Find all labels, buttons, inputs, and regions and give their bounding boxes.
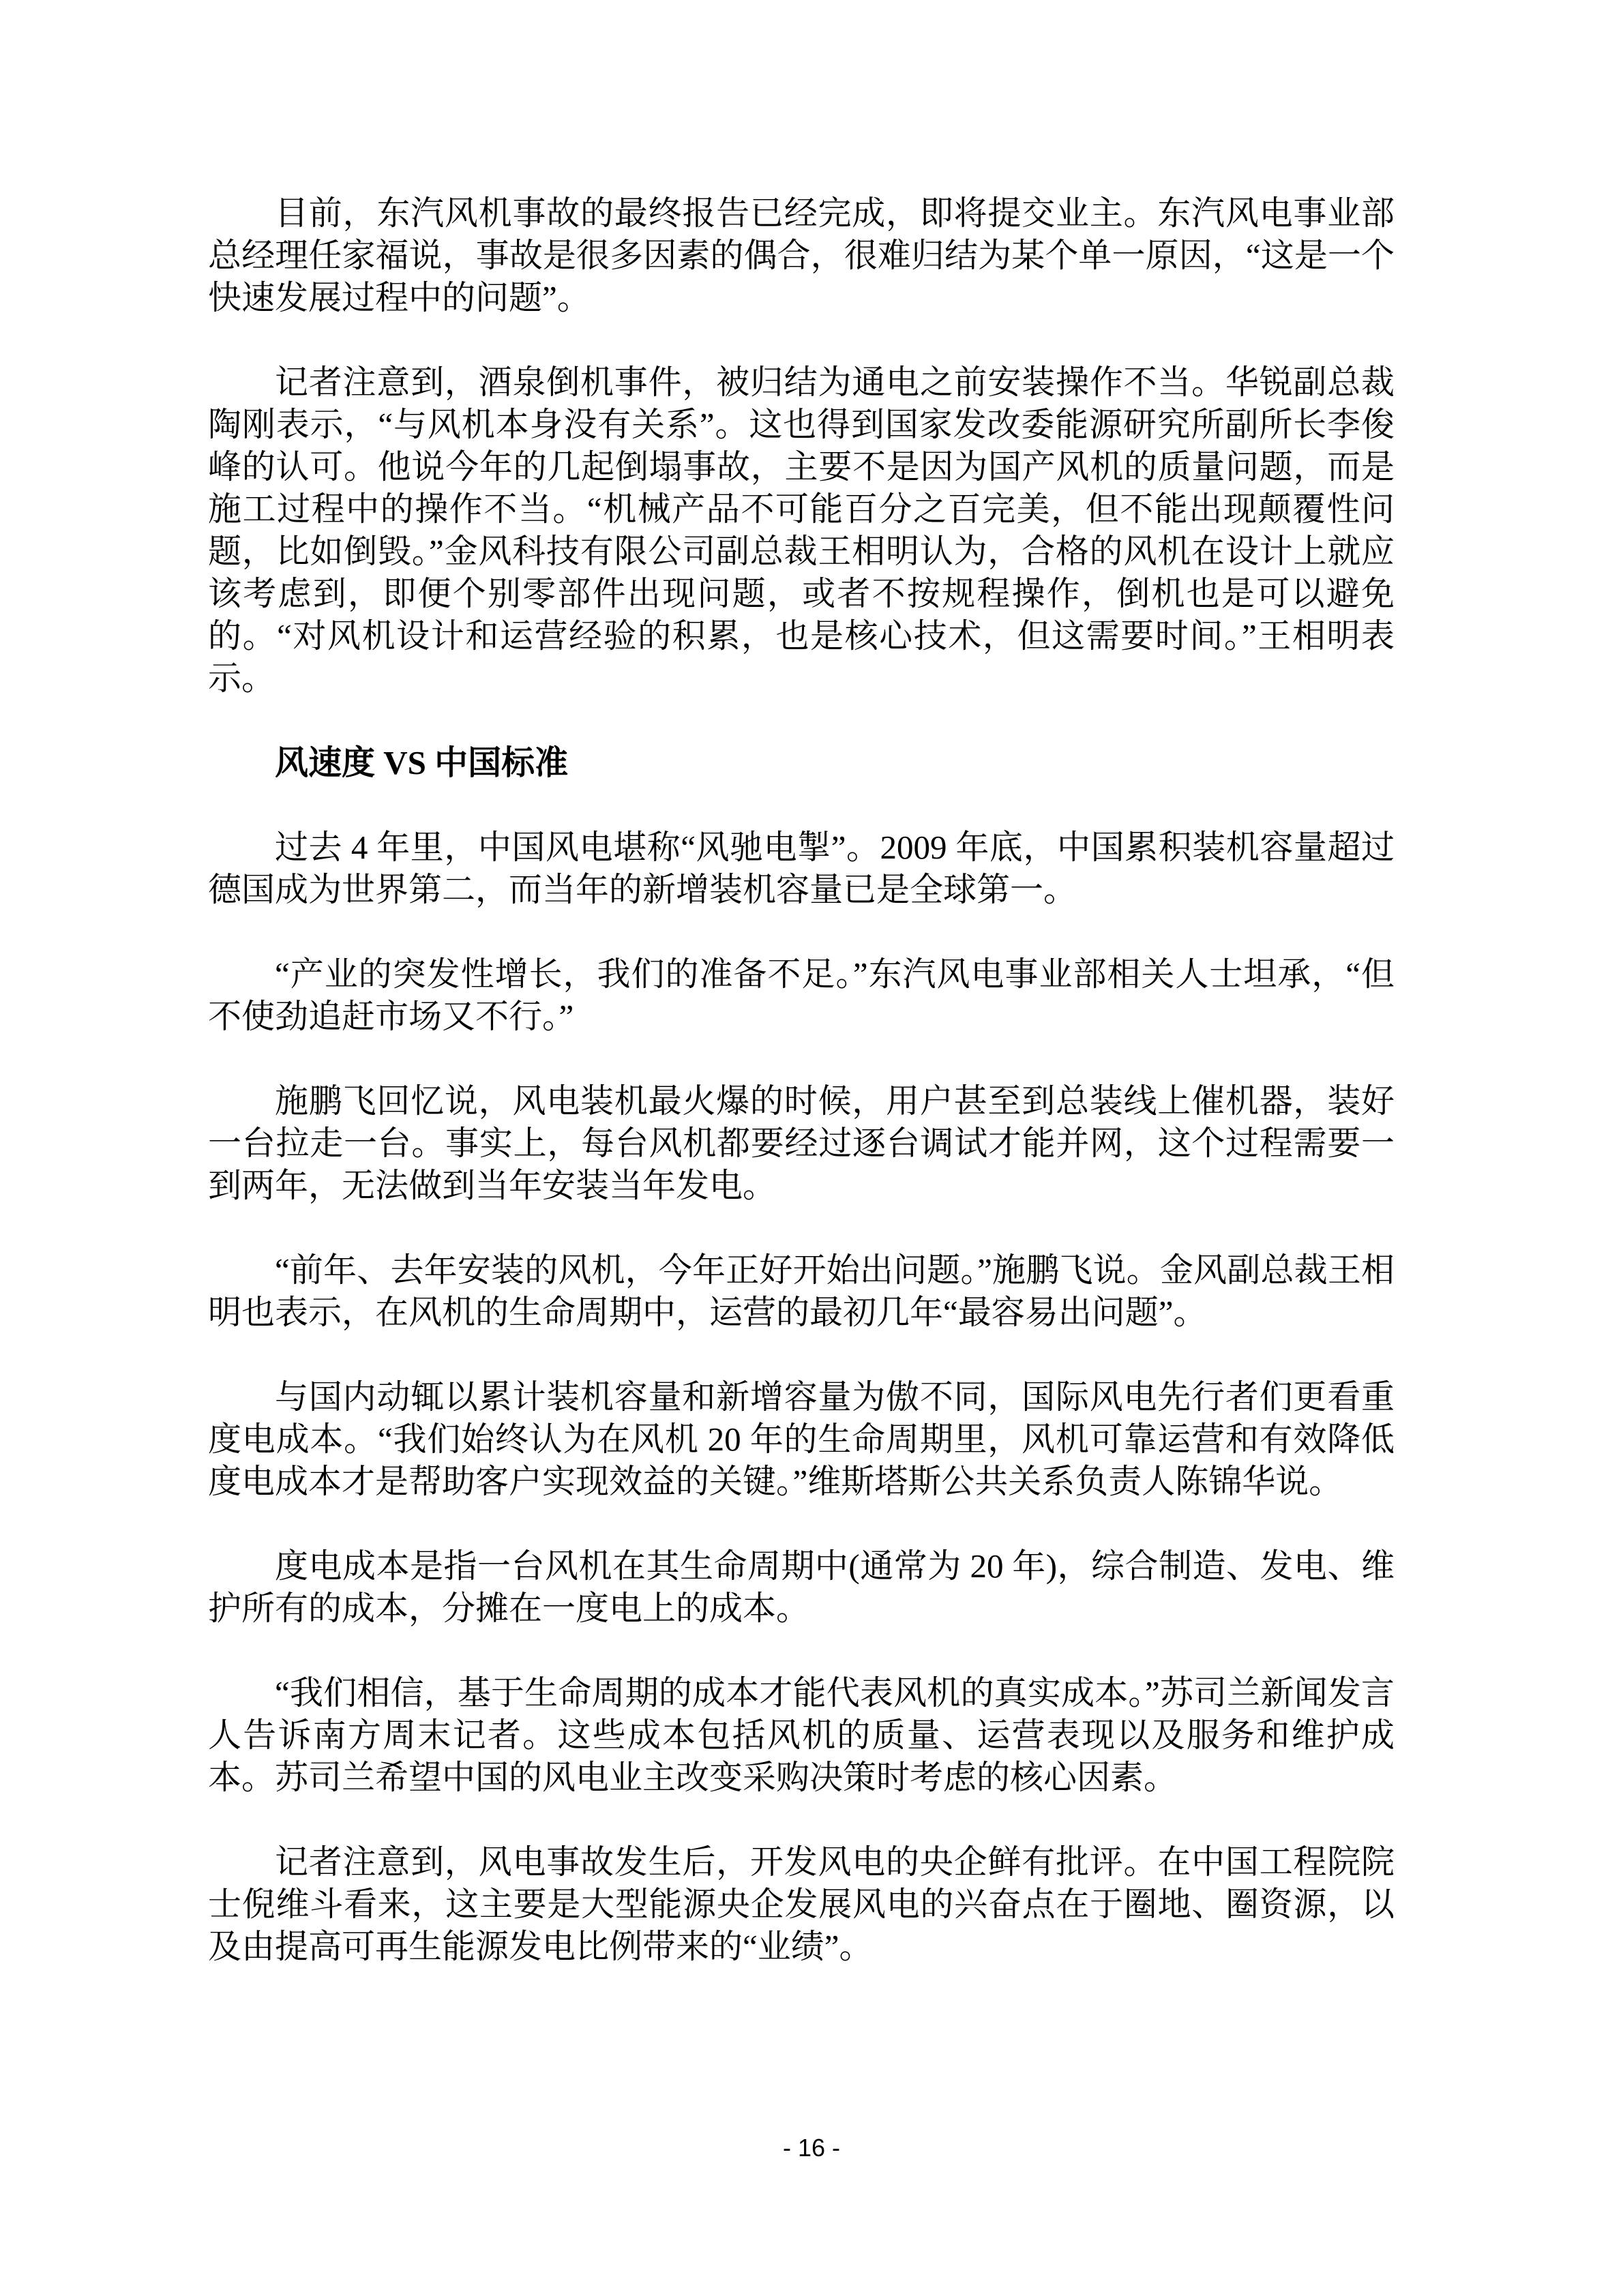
paragraph: “前年、去年安装的风机，今年正好开始出问题。”施鹏飞说。金风副总裁王相明也表示，… [208,1249,1395,1334]
paragraph: 记者注意到，酒泉倒机事件，被归结为通电之前安装操作不当。华锐副总裁陶刚表示，“与… [208,361,1395,700]
paragraph: 施鹏飞回忆说，风电装机最火爆的时候，用户甚至到总装线上催机器，装好一台拉走一台。… [208,1080,1395,1207]
document-body: 目前，东汽风机事故的最终报告已经完成，即将提交业主。东汽风电事业部总经理任家福说… [208,192,1395,2010]
paragraph: 记者注意到，风电事故发生后，开发风电的央企鲜有批评。在中国工程院院士倪维斗看来，… [208,1841,1395,1968]
paragraph: 度电成本是指一台风机在其生命周期中(通常为 20 年)，综合制造、发电、维护所有… [208,1545,1395,1630]
section-heading: 风速度 VS 中国标准 [208,742,1395,784]
page-number: - 16 - [0,2133,1623,2163]
paragraph: “产业的突发性增长，我们的准备不足。”东汽风电事业部相关人士坦承，“但不使劲追赶… [208,953,1395,1038]
paragraph: “我们相信，基于生命周期的成本才能代表风机的真实成本。”苏司兰新闻发言人告诉南方… [208,1672,1395,1799]
paragraph: 与国内动辄以累计装机容量和新增容量为傲不同，国际风电先行者们更看重度电成本。“我… [208,1376,1395,1503]
paragraph: 过去 4 年里，中国风电堪称“风驰电掣”。2009 年底，中国累积装机容量超过德… [208,826,1395,911]
document-page: 目前，东汽风机事故的最终报告已经完成，即将提交业主。东汽风电事业部总经理任家福说… [0,0,1623,2296]
paragraph: 目前，东汽风机事故的最终报告已经完成，即将提交业主。东汽风电事业部总经理任家福说… [208,192,1395,319]
